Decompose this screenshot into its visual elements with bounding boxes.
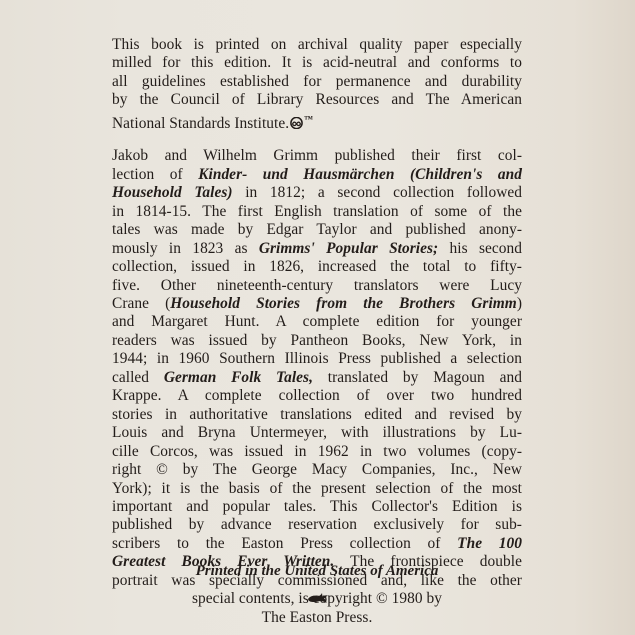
fleuron-ornament-icon <box>307 591 329 603</box>
text-line: cille Corcos, was issued in 1962 in two … <box>112 443 522 461</box>
text-fragment: published by advance reservation exclusi… <box>112 516 522 533</box>
text-line: Crane (Household Stories from the Brothe… <box>112 295 522 313</box>
italic-title: Household Tales) <box>112 184 233 201</box>
colophon-page: This book is printed on archival quality… <box>112 36 522 627</box>
paper-notice-paragraph: This book is printed on archival quality… <box>112 36 522 133</box>
text-fragment: and Margaret Hunt. A complete edition fo… <box>112 313 522 330</box>
text-line: collection, issued in 1826, increased th… <box>112 258 522 276</box>
text-line: Krappe. A complete collection of over tw… <box>112 387 522 405</box>
text-line: This book is printed on archival quality… <box>112 36 522 54</box>
text-fragment: five. Other nineteenth-century translato… <box>112 277 522 294</box>
text-fragment: tales was made by Edgar Taylor and publi… <box>112 221 522 238</box>
text-line: lection of Kinder- und Hausmärchen (Chil… <box>112 166 522 184</box>
text-fragment: important and popular tales. This Collec… <box>112 498 522 515</box>
text-line: five. Other nineteenth-century translato… <box>112 277 522 295</box>
text-fragment: York); it is the basis of the present se… <box>112 480 522 497</box>
text-fragment: cille Corcos, was issued in 1962 in two … <box>112 443 522 460</box>
printed-in-usa-imprint: Printed in the United States of America <box>112 563 522 580</box>
italic-title: Household Stories from the Brothers Grim… <box>170 295 517 312</box>
text-fragment: readers was issued by Pantheon Books, Ne… <box>112 332 522 349</box>
infinity-circle-icon <box>289 115 304 133</box>
italic-title: German Folk Tales, <box>164 369 313 386</box>
italic-title: The 100 <box>457 535 522 552</box>
text-line: National Standards Institute.™ <box>112 110 522 134</box>
text-line: Household Tales) in 1812; a second colle… <box>112 184 522 202</box>
text-fragment: Krappe. A complete collection of over tw… <box>112 387 522 404</box>
text-line: York); it is the basis of the present se… <box>112 480 522 498</box>
text-fragment: collection, issued in 1826, increased th… <box>112 258 522 275</box>
text-fragment: 1944; in 1960 Southern Illinois Press pu… <box>112 350 522 367</box>
text-fragment: stories in authoritative translations ed… <box>112 406 522 423</box>
italic-title: Kinder- und Hausmärchen (Children's and <box>198 166 522 183</box>
trademark-symbol: ™ <box>304 114 313 124</box>
text-line: milled for this edition. It is acid-neut… <box>112 54 522 72</box>
text-fragment: Crane ( <box>112 295 170 312</box>
text-line: in 1814-15. The first English translatio… <box>112 203 522 221</box>
text-fragment: in 1812; a second collection followed <box>233 184 522 201</box>
italic-title: Grimms' Popular Stories; <box>259 240 438 257</box>
text-line: called German Folk Tales, translated by … <box>112 369 522 387</box>
text-line: 1944; in 1960 Southern Illinois Press pu… <box>112 350 522 368</box>
text-line: all guidelines established for permanenc… <box>112 73 522 91</box>
text-line: published by advance reservation exclusi… <box>112 516 522 534</box>
text-fragment: called <box>112 369 164 386</box>
text-line: tales was made by Edgar Taylor and publi… <box>112 221 522 239</box>
text-line: important and popular tales. This Collec… <box>112 498 522 516</box>
text-fragment: right © by The George Macy Companies, In… <box>112 461 522 478</box>
text-fragment: in 1814-15. The first English translatio… <box>112 203 522 220</box>
text-line: Jakob and Wilhelm Grimm published their … <box>112 147 522 165</box>
text-line: right © by The George Macy Companies, In… <box>112 461 522 479</box>
text-line: by the Council of Library Resources and … <box>112 91 522 109</box>
text-line: scribers to the Easton Press collection … <box>112 535 522 553</box>
centered-text-line: The Easton Press. <box>112 609 522 627</box>
publication-history-paragraph: Jakob and Wilhelm Grimm published their … <box>112 147 522 590</box>
text-fragment: ) <box>517 295 522 312</box>
text-fragment: scribers to the Easton Press collection … <box>112 535 457 552</box>
text-fragment: lection of <box>112 166 198 183</box>
text-line: and Margaret Hunt. A complete edition fo… <box>112 313 522 331</box>
text-fragment: translated by Magoun and <box>313 369 522 386</box>
text-line: Louis and Bryna Untermeyer, with illustr… <box>112 424 522 442</box>
text-fragment: Louis and Bryna Untermeyer, with illustr… <box>112 424 522 441</box>
text-line: stories in authoritative translations ed… <box>112 406 522 424</box>
text-line: readers was issued by Pantheon Books, Ne… <box>112 332 522 350</box>
text-fragment: Jakob and Wilhelm Grimm published their … <box>112 147 522 164</box>
text-fragment: National Standards Institute. <box>112 115 289 132</box>
text-fragment: mously in 1823 as <box>112 240 259 257</box>
text-fragment: his second <box>438 240 522 257</box>
text-line: mously in 1823 as Grimms' Popular Storie… <box>112 240 522 258</box>
